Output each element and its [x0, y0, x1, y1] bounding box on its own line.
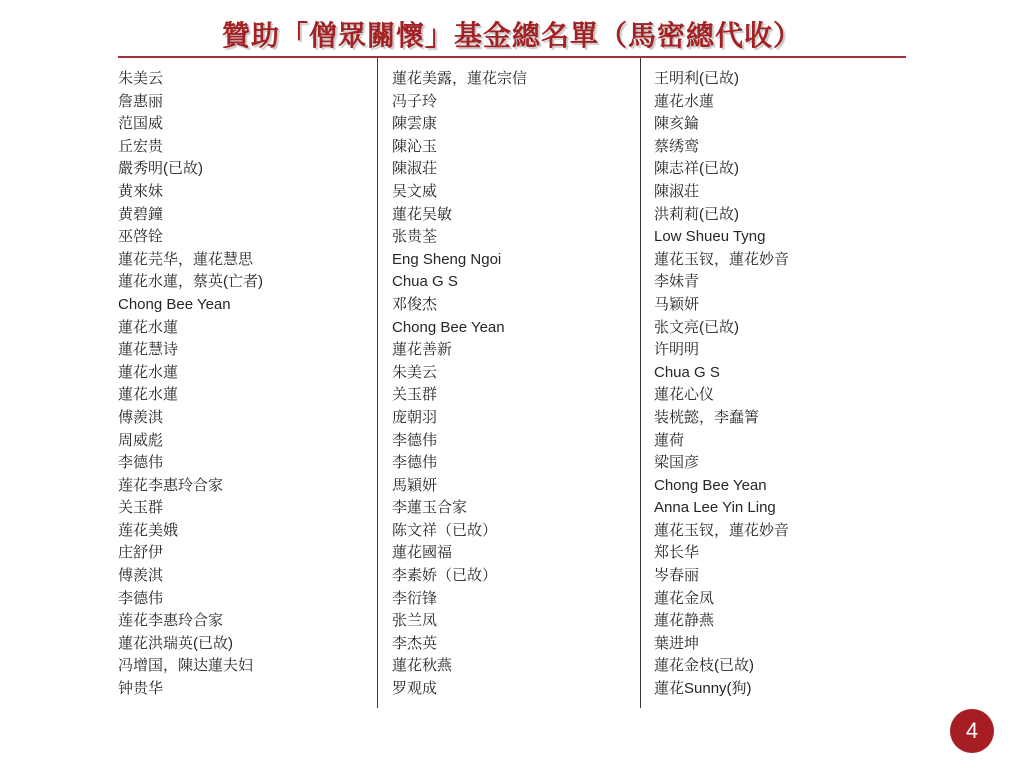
list-item: 岑春丽	[654, 565, 906, 588]
list-item: 冯增国，陳达蓮夫妇	[118, 655, 377, 678]
list-item: Anna Lee Yin Ling	[654, 497, 906, 520]
list-item: 蓮花水蓮	[118, 362, 377, 385]
list-item: 罗观成	[392, 678, 640, 701]
name-column-3: 王明利(已故)蓮花水蓮陳亥錀蔡绣鸾陳志祥(已故)陳淑荘洪莉莉(已故)Low Sh…	[640, 58, 906, 708]
list-item: Chong Bee Yean	[654, 475, 906, 498]
list-item: 蓮花水蓮	[118, 317, 377, 340]
list-item: 李德伟	[118, 452, 377, 475]
list-item: 蓮花洪瑞英(已故)	[118, 633, 377, 656]
slide: 贊助「僧眾關懷」基金總名單（馬密總代收） 朱美云詹惠丽范国威丘宏贵嚴秀明(已故)…	[0, 0, 1024, 768]
list-item: 张文亮(已故)	[654, 317, 906, 340]
name-column-2: 蓮花美露，蓮花宗信冯子玲陳雲康陳沁玉陳淑荘吴文威蓮花吴敏张贵荃Eng Sheng…	[377, 58, 640, 708]
list-item: 蓮花Sunny(狗)	[654, 678, 906, 701]
list-item: 馬穎妍	[392, 475, 640, 498]
list-item: 陳淑荘	[392, 158, 640, 181]
list-item: 李衍锋	[392, 588, 640, 611]
list-item: 陳志祥(已故)	[654, 158, 906, 181]
list-item: 范国威	[118, 113, 377, 136]
list-item: Chong Bee Yean	[392, 317, 640, 340]
list-item: 冯子玲	[392, 91, 640, 114]
list-item: 丘宏贵	[118, 136, 377, 159]
list-item: 蓮花静燕	[654, 610, 906, 633]
list-item: Eng Sheng Ngoi	[392, 249, 640, 272]
list-item: 傅羨淇	[118, 565, 377, 588]
list-item: Chua G S	[654, 362, 906, 385]
list-item: 庞朝羽	[392, 407, 640, 430]
list-item: Low Shueu Tyng	[654, 226, 906, 249]
list-item: 庄舒伊	[118, 542, 377, 565]
list-item: 蓮花玉钗，蓮花妙音	[654, 520, 906, 543]
list-item: 李德伟	[118, 588, 377, 611]
list-item: 蓮花善新	[392, 339, 640, 362]
list-item: 陳沁玉	[392, 136, 640, 159]
list-item: 莲花李惠玲合家	[118, 475, 377, 498]
list-item: 蓮花水蓮	[118, 384, 377, 407]
name-columns: 朱美云詹惠丽范国威丘宏贵嚴秀明(已故)黄來妹黄碧鐘巫啓铨蓮花芫华，蓮花慧思蓮花水…	[118, 58, 906, 708]
list-item: 钟贵华	[118, 678, 377, 701]
list-item: 莲花美娥	[118, 520, 377, 543]
list-item: 李德伟	[392, 452, 640, 475]
list-item: 巫啓铨	[118, 226, 377, 249]
list-item: 陳亥錀	[654, 113, 906, 136]
list-item: 吴文威	[392, 181, 640, 204]
list-item: 蓮花慧诗	[118, 339, 377, 362]
list-item: 蓮花水蓮，蔡英(亡者)	[118, 271, 377, 294]
list-item: 詹惠丽	[118, 91, 377, 114]
list-item: 蓮花玉钗，蓮花妙音	[654, 249, 906, 272]
list-item: 许明明	[654, 339, 906, 362]
list-item: 陈文祥（已故）	[392, 520, 640, 543]
list-item: 关玉群	[392, 384, 640, 407]
list-item: 蓮花秋燕	[392, 655, 640, 678]
list-item: 蓮花吴敏	[392, 204, 640, 227]
page-number: 4	[966, 718, 978, 744]
list-item: 陳淑荘	[654, 181, 906, 204]
list-item: 朱美云	[392, 362, 640, 385]
list-item: 傅羨淇	[118, 407, 377, 430]
list-item: 梁国彦	[654, 452, 906, 475]
list-item: 黄碧鐘	[118, 204, 377, 227]
page-number-badge: 4	[950, 709, 994, 753]
list-item: 蓮花金枝(已故)	[654, 655, 906, 678]
list-item: 嚴秀明(已故)	[118, 158, 377, 181]
list-item: 蓮荷	[654, 430, 906, 453]
list-item: 关玉群	[118, 497, 377, 520]
list-item: 张贵荃	[392, 226, 640, 249]
page-title: 贊助「僧眾關懷」基金總名單（馬密總代收）	[0, 14, 1024, 54]
list-item: 蓮花國福	[392, 542, 640, 565]
list-item: 蓮花水蓮	[654, 91, 906, 114]
list-item: 张兰凤	[392, 610, 640, 633]
list-item: 莲花李惠玲合家	[118, 610, 377, 633]
list-item: 装桄懿，李蠢箐	[654, 407, 906, 430]
list-item: 蔡绣鸾	[654, 136, 906, 159]
list-item: 马颖妍	[654, 294, 906, 317]
list-item: 李素娇（已故）	[392, 565, 640, 588]
list-item: 李蓮玉合家	[392, 497, 640, 520]
name-column-1: 朱美云詹惠丽范国威丘宏贵嚴秀明(已故)黄來妹黄碧鐘巫啓铨蓮花芫华，蓮花慧思蓮花水…	[118, 58, 377, 708]
list-item: 李杰英	[392, 633, 640, 656]
list-item: 黄來妹	[118, 181, 377, 204]
list-item: 蓮花芫华，蓮花慧思	[118, 249, 377, 272]
list-item: 陳雲康	[392, 113, 640, 136]
list-item: 蓮花心仪	[654, 384, 906, 407]
list-item: 李妹青	[654, 271, 906, 294]
list-item: 周威彪	[118, 430, 377, 453]
list-item: 李德伟	[392, 430, 640, 453]
list-item: 朱美云	[118, 68, 377, 91]
list-item: 郑长华	[654, 542, 906, 565]
list-item: Chua G S	[392, 271, 640, 294]
list-item: 蓮花金凤	[654, 588, 906, 611]
list-item: 邓俊杰	[392, 294, 640, 317]
list-item: 葉进坤	[654, 633, 906, 656]
list-item: Chong Bee Yean	[118, 294, 377, 317]
list-item: 洪莉莉(已故)	[654, 204, 906, 227]
list-item: 王明利(已故)	[654, 68, 906, 91]
list-item: 蓮花美露，蓮花宗信	[392, 68, 640, 91]
